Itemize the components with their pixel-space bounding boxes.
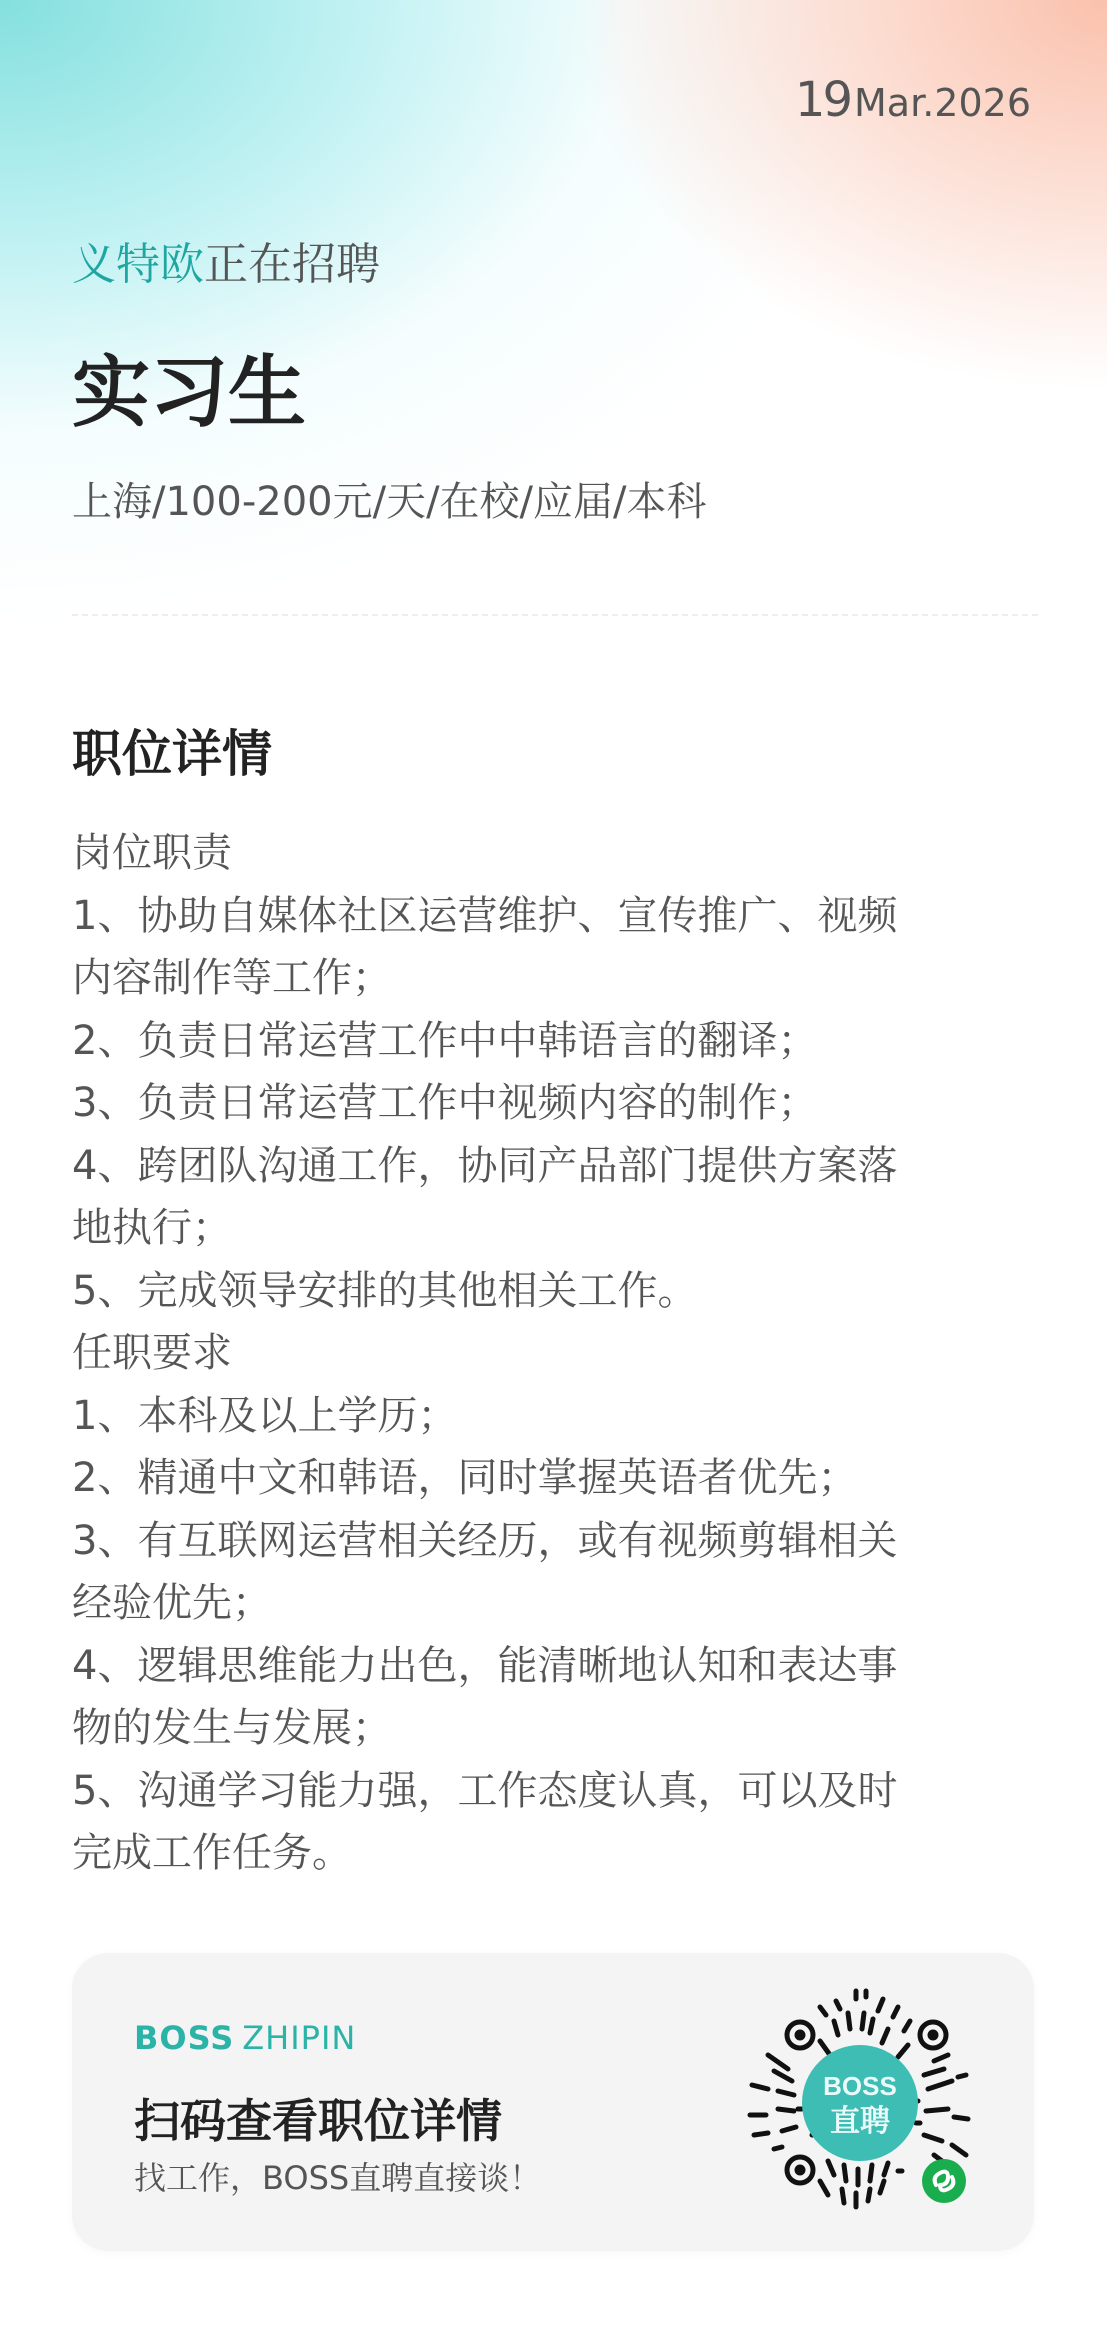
description-line: 完成工作任务。 xyxy=(72,1822,1032,1885)
description-line: 2、精通中文和韩语，同时掌握英语者优先； xyxy=(72,1447,1032,1510)
company-name: 义特欧 xyxy=(72,239,204,290)
description-line: 5、沟通学习能力强，工作态度认真，可以及时 xyxy=(72,1760,1032,1823)
post-date: 19 Mar.2026 xyxy=(795,72,1031,128)
description-line: 1、本科及以上学历； xyxy=(72,1385,1032,1448)
description-line: 任职要求 xyxy=(72,1322,1032,1385)
description-line: 3、负责日常运营工作中视频内容的制作； xyxy=(72,1072,1032,1135)
mini-program-qr-code[interactable]: BOSS 直聘 xyxy=(738,1985,978,2215)
section-title-job-details: 职位详情 xyxy=(72,714,272,786)
description-line: 经验优先； xyxy=(72,1572,1032,1635)
description-line: 1、协助自媒体社区运营维护、宣传推广、视频 xyxy=(72,885,1032,948)
scan-qr-card: BOSSZHIPIN 扫码查看职位详情 找工作，BOSS直聘直接谈！ xyxy=(72,1953,1034,2251)
boss-zhipin-logo: BOSSZHIPIN xyxy=(134,2019,356,2057)
description-line: 3、有互联网运营相关经历，或有视频剪辑相关 xyxy=(72,1510,1032,1573)
description-line: 地执行； xyxy=(72,1197,1032,1260)
qr-code-icon: BOSS 直聘 xyxy=(738,1985,978,2215)
date-month-year: Mar.2026 xyxy=(854,81,1031,125)
job-title: 实习生 xyxy=(72,330,306,442)
description-line: 物的发生与发展； xyxy=(72,1697,1032,1760)
svg-text:BOSS: BOSS xyxy=(823,2071,897,2101)
divider xyxy=(72,614,1038,616)
svg-text:直聘: 直聘 xyxy=(830,2104,890,2139)
scan-title: 扫码查看职位详情 xyxy=(134,2085,502,2151)
description-line: 岗位职责 xyxy=(72,822,1032,885)
description-line: 内容制作等工作； xyxy=(72,947,1032,1010)
description-line: 4、逻辑思维能力出色，能清晰地认知和表达事 xyxy=(72,1635,1032,1698)
job-meta: 上海/100-200元/天/在校/应届/本科 xyxy=(72,470,707,527)
description-line: 5、完成领导安排的其他相关工作。 xyxy=(72,1260,1032,1323)
scan-subtitle: 找工作，BOSS直聘直接谈！ xyxy=(134,2153,541,2199)
description-line: 4、跨团队沟通工作，协同产品部门提供方案落 xyxy=(72,1135,1032,1198)
recruiting-text: 正在招聘 xyxy=(204,239,380,290)
description-line: 2、负责日常运营工作中中韩语言的翻译； xyxy=(72,1010,1032,1073)
recruiting-line: 义特欧正在招聘 xyxy=(72,228,380,292)
job-description: 岗位职责 1、协助自媒体社区运营维护、宣传推广、视频 内容制作等工作； 2、负责… xyxy=(72,822,1032,1885)
date-day: 19 xyxy=(795,72,850,128)
